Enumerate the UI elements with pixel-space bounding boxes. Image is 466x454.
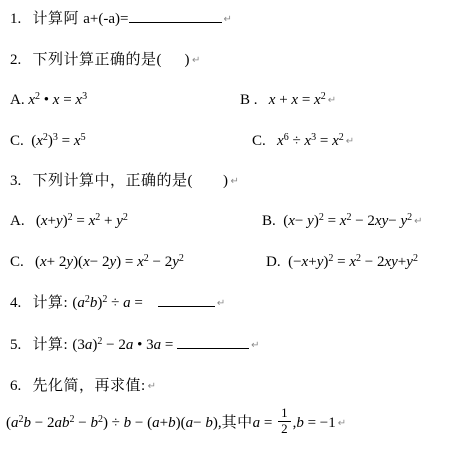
- math-variable: x: [40, 254, 47, 270]
- math-roman-run: −: [388, 213, 400, 229]
- math-roman-run: =: [131, 295, 158, 311]
- fraction-denominator: 2: [278, 422, 291, 437]
- return-mark-icon: ↵: [336, 418, 346, 429]
- superscript: 2: [85, 294, 90, 305]
- superscript: 2: [144, 253, 149, 264]
- math-roman-run: 2.: [10, 52, 33, 68]
- math-roman-run: +: [48, 213, 56, 229]
- superscript: 2: [43, 132, 48, 143]
- math-roman-run: + 2: [47, 254, 67, 270]
- superscript: 2: [328, 253, 333, 264]
- math-variable: x: [28, 92, 35, 108]
- question-2-option-c-right: C. x6 ÷ x3 = x2↵: [252, 131, 354, 153]
- math-roman-run: − 2: [361, 254, 384, 270]
- math-roman-run: − 2: [31, 415, 54, 431]
- math-variable: y: [56, 213, 63, 229]
- math-variable: y: [172, 254, 179, 270]
- math-roman-run: =: [260, 415, 276, 431]
- math-roman-run: 5.: [10, 337, 33, 353]
- superscript: 2: [68, 212, 73, 223]
- superscript: 2: [35, 91, 40, 102]
- superscript: 2: [319, 212, 324, 223]
- math-roman-run: B. (: [262, 213, 288, 229]
- math-roman-run: =: [298, 92, 314, 108]
- math-roman-run: [162, 52, 185, 68]
- math-variable: x: [349, 254, 356, 270]
- math-variable: b: [90, 415, 98, 431]
- superscript: 6: [284, 132, 289, 143]
- math-roman-run: −: [193, 415, 205, 431]
- return-mark-icon: ↵: [222, 14, 232, 25]
- math-variable: a: [11, 415, 19, 431]
- math-roman-run: A.: [10, 92, 28, 108]
- math-roman-run: − 2: [351, 213, 374, 229]
- superscript: 2: [123, 212, 128, 223]
- superscript: 3: [53, 132, 58, 143]
- math-roman-run: )(: [73, 254, 83, 270]
- math-variable: a: [253, 415, 261, 431]
- fraction: 12: [278, 406, 291, 437]
- math-variable: ab: [54, 415, 69, 431]
- math-variable: xy: [375, 213, 388, 229]
- math-roman-run: A. (: [10, 213, 41, 229]
- math-roman-run: =: [333, 254, 349, 270]
- superscript: 2: [179, 253, 184, 264]
- math-variable: x: [74, 133, 81, 149]
- superscript: 2: [98, 414, 103, 425]
- question-2-option-c-left: C. (x2)3 = x5: [10, 131, 86, 153]
- math-roman-run: +: [160, 415, 168, 431]
- question-3-option-c: C. (x+ 2y)(x− 2y) = x2 − 2y2: [10, 252, 184, 274]
- math-variable: b: [168, 415, 176, 431]
- math-variable: y: [116, 213, 123, 229]
- math-roman-run: +: [275, 92, 291, 108]
- return-mark-icon: ↵: [190, 55, 200, 66]
- math-roman-run: =: [58, 133, 74, 149]
- math-variable: x: [137, 254, 144, 270]
- math-roman-run: −: [74, 415, 90, 431]
- question-6-stem: 6. 先化简，再求值:↵: [10, 376, 156, 398]
- question-2-option-a: A. x2 • x = x3: [10, 90, 87, 112]
- math-roman-run: =: [324, 213, 340, 229]
- math-roman-run: •: [40, 92, 53, 108]
- math-roman-run: ) ÷: [103, 415, 124, 431]
- math-roman-run: D. (−: [266, 254, 302, 270]
- math-variable: x: [83, 254, 90, 270]
- math-variable: x: [332, 133, 339, 149]
- math-variable: b: [296, 415, 304, 431]
- math-variable: x: [41, 213, 48, 229]
- question-3-option-b: B. (x− y)2 = x2 − 2xy− y2↵: [262, 211, 423, 233]
- math-roman-run: +: [308, 254, 316, 270]
- math-variable: x: [288, 213, 295, 229]
- math-variable: xy: [384, 254, 397, 270]
- return-mark-icon: ↵: [344, 136, 354, 147]
- superscript: 3: [82, 91, 87, 102]
- math-roman-run: ÷: [107, 295, 123, 311]
- blank-underline: [177, 334, 249, 349]
- math-roman-run: =: [73, 213, 89, 229]
- math-roman-run: − 2: [149, 254, 172, 270]
- superscript: 2: [339, 132, 344, 143]
- worksheet-page: 1. 计算阿 a+(-a)=↵2. 下列计算正确的是( )↵A. x2 • x …: [0, 0, 466, 454]
- question-1: 1. 计算阿 a+(-a)=↵: [10, 8, 232, 31]
- math-roman-run: − 2: [90, 254, 110, 270]
- text-run: 下列计算正确的是(: [33, 52, 163, 68]
- math-roman-run: )(: [176, 415, 186, 431]
- text-run: 计算阿: [33, 11, 84, 27]
- text-run: 计算:: [33, 295, 73, 311]
- math-roman-run: ÷: [289, 133, 305, 149]
- math-roman-run: =: [161, 337, 177, 353]
- math-roman-run: − (: [131, 415, 152, 431]
- math-roman-run: =: [59, 92, 75, 108]
- math-roman-run: [193, 173, 223, 189]
- superscript: 2: [97, 336, 102, 347]
- math-variable: x: [314, 92, 321, 108]
- math-roman-run: B .: [240, 92, 269, 108]
- text-run: 下列计算中，正确的是(: [33, 173, 194, 189]
- superscript: 2: [69, 414, 74, 425]
- question-2-stem: 2. 下列计算正确的是( )↵: [10, 50, 200, 72]
- return-mark-icon: ↵: [249, 340, 259, 351]
- math-variable: b: [24, 415, 32, 431]
- math-roman-run: − 2: [102, 337, 125, 353]
- math-roman-run: 4.: [10, 295, 33, 311]
- return-mark-icon: ↵: [229, 176, 239, 187]
- question-5: 5. 计算: (3a)2 − 2a • 3a = ↵: [10, 334, 260, 357]
- return-mark-icon: ↵: [412, 216, 422, 227]
- math-roman-run: +: [398, 254, 406, 270]
- blank-underline: [129, 8, 222, 23]
- return-mark-icon: ↵: [326, 95, 336, 106]
- text-run: 先化简，再求值:: [33, 378, 146, 394]
- blank-underline: [158, 292, 215, 307]
- math-roman-run: • 3: [133, 337, 153, 353]
- question-3-stem: 3. 下列计算中，正确的是( )↵: [10, 171, 239, 193]
- math-roman-run: C. (: [10, 133, 36, 149]
- math-roman-run: C.: [252, 133, 277, 149]
- math-variable: a: [77, 295, 85, 311]
- math-roman-run: =: [316, 133, 332, 149]
- superscript: 2: [413, 253, 418, 264]
- text-run: 其中: [222, 415, 253, 431]
- question-4: 4. 计算: (a2b)2 ÷ a = ↵: [10, 292, 225, 315]
- superscript: 3: [311, 132, 316, 143]
- question-2-option-b: B . x + x = x2↵: [240, 90, 336, 112]
- math-variable: y: [406, 254, 413, 270]
- question-3-option-d: D. (−x+y)2 = x2 − 2xy+y2: [266, 252, 418, 274]
- question-3-option-a: A. (x+y)2 = x2 + y2: [10, 211, 128, 233]
- math-roman-run: 6.: [10, 378, 33, 394]
- math-variable: x: [277, 133, 284, 149]
- return-mark-icon: ↵: [146, 381, 156, 392]
- math-roman-run: +: [100, 213, 116, 229]
- math-roman-run: (3: [72, 337, 85, 353]
- math-roman-run: a+(-a)=: [83, 11, 128, 27]
- math-roman-run: = −1: [304, 415, 336, 431]
- superscript: 2: [102, 294, 107, 305]
- math-roman-run: 1.: [10, 11, 33, 27]
- math-variable: a: [123, 295, 131, 311]
- superscript: 5: [81, 132, 86, 143]
- superscript: 2: [346, 212, 351, 223]
- superscript: 2: [356, 253, 361, 264]
- math-roman-run: −: [295, 213, 307, 229]
- math-variable: a: [186, 415, 194, 431]
- text-run: 计算:: [33, 337, 73, 353]
- superscript: 2: [321, 91, 326, 102]
- math-roman-run: C. (: [10, 254, 40, 270]
- math-variable: x: [36, 133, 43, 149]
- text-run: ): [223, 173, 229, 189]
- math-variable: y: [307, 213, 314, 229]
- math-roman-run: ): [63, 213, 68, 229]
- superscript: 2: [95, 212, 100, 223]
- superscript: 2: [19, 414, 24, 425]
- return-mark-icon: ↵: [215, 298, 225, 309]
- fraction-numerator: 1: [278, 406, 291, 422]
- math-roman-run: 3.: [10, 173, 33, 189]
- math-roman-run: ) =: [116, 254, 137, 270]
- math-variable: a: [152, 415, 160, 431]
- question-6-expression: (a2b − 2ab2 − b2) ÷ b − (a+b)(a− b),其中a …: [6, 408, 346, 439]
- math-roman-run: ),: [213, 415, 222, 431]
- math-variable: b: [205, 415, 213, 431]
